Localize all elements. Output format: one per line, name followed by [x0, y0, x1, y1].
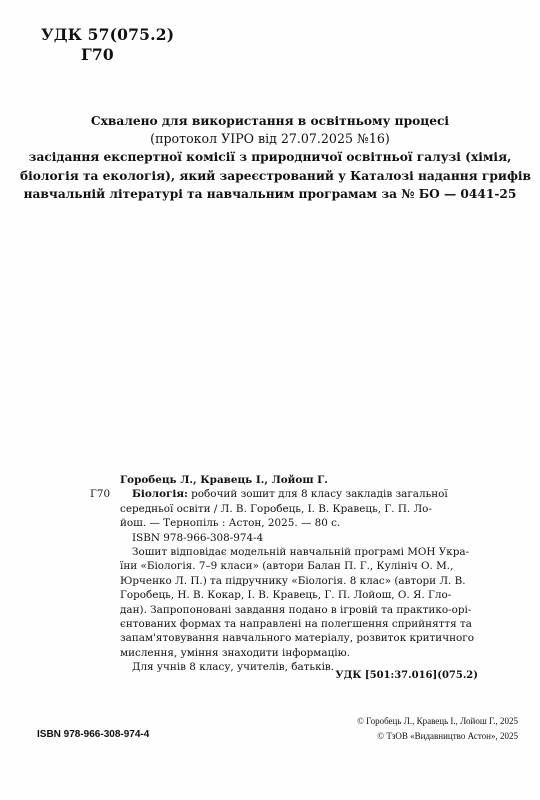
biblio-desc-line-1: Зошит відповідає модельній навчальній пр…	[92, 545, 477, 559]
copyright-publisher: © ТзОВ «Видавництво Астон», 2025	[357, 729, 518, 744]
bibliographic-record: Горобець Л., Кравець І., Лойош Г. Г70 Бі…	[92, 473, 477, 675]
approval-line-1: Схвалено для використання в освітньому п…	[20, 112, 520, 130]
copyright-authors: © Горобець Л., Кравець І., Лойош Г., 202…	[357, 714, 518, 729]
library-code: Г70	[41, 45, 174, 65]
udk-header: УДК 57(075.2) Г70	[41, 25, 174, 65]
udk-classification: УДК 57(075.2)	[41, 25, 174, 44]
footer-isbn: ISBN 978-966-308-974-4	[37, 729, 149, 740]
biblio-desc-line-4: Горобець, Н. В. Кокар, І. В. Кравець, Г.…	[92, 588, 477, 602]
biblio-authors: Горобець Л., Кравець І., Лойош Г.	[92, 473, 477, 487]
biblio-code: Г70	[90, 487, 110, 501]
biblio-desc-line-6: єнтованих формах та направлені на полегш…	[92, 617, 477, 631]
biblio-desc-line-2: їни «Біологія. 7–9 класи» (автори Балан …	[92, 559, 477, 573]
copyright-block: © Горобець Л., Кравець І., Лойош Г., 202…	[357, 714, 518, 744]
approval-line-4: біологія та екологія), який зареєстрован…	[20, 167, 520, 185]
biblio-isbn: ISBN 978-966-308-974-4	[92, 531, 477, 545]
biblio-title-rest: робочий зошит для 8 класу закладів загал…	[188, 488, 448, 500]
biblio-title-line-3: йош. — Тернопіль : Астон, 2025. — 80 с.	[92, 516, 477, 530]
biblio-title-bold: Біологія:	[132, 488, 188, 500]
biblio-title-line-1: Біологія: робочий зошит для 8 класу закл…	[92, 487, 477, 501]
biblio-desc-line-7: запам'ятовування навчального матеріалу, …	[92, 631, 477, 645]
title-page-verso: УДК 57(075.2) Г70 Схвалено для використа…	[0, 0, 540, 800]
biblio-desc-line-8: мислення, уміння знаходити інформацію.	[92, 646, 477, 660]
biblio-udk: УДК [501:37.016](075.2)	[335, 670, 478, 681]
biblio-title-line-2: середньої освіти / Л. В. Горобець, І. В.…	[92, 502, 477, 516]
biblio-desc-line-3: Юрченко Л. П.) та підручнику «Біологія. …	[92, 574, 477, 588]
approval-line-5: навчальній літературі та навчальним прог…	[20, 185, 520, 203]
biblio-desc-line-5: дан). Запропоновані завдання подано в іг…	[92, 603, 477, 617]
approval-line-3: засідання експертної комісії з природнич…	[20, 148, 520, 166]
approval-line-2: (протокол УІРО від 27.07.2025 №16)	[20, 130, 520, 148]
approval-statement: Схвалено для використання в освітньому п…	[20, 112, 520, 203]
